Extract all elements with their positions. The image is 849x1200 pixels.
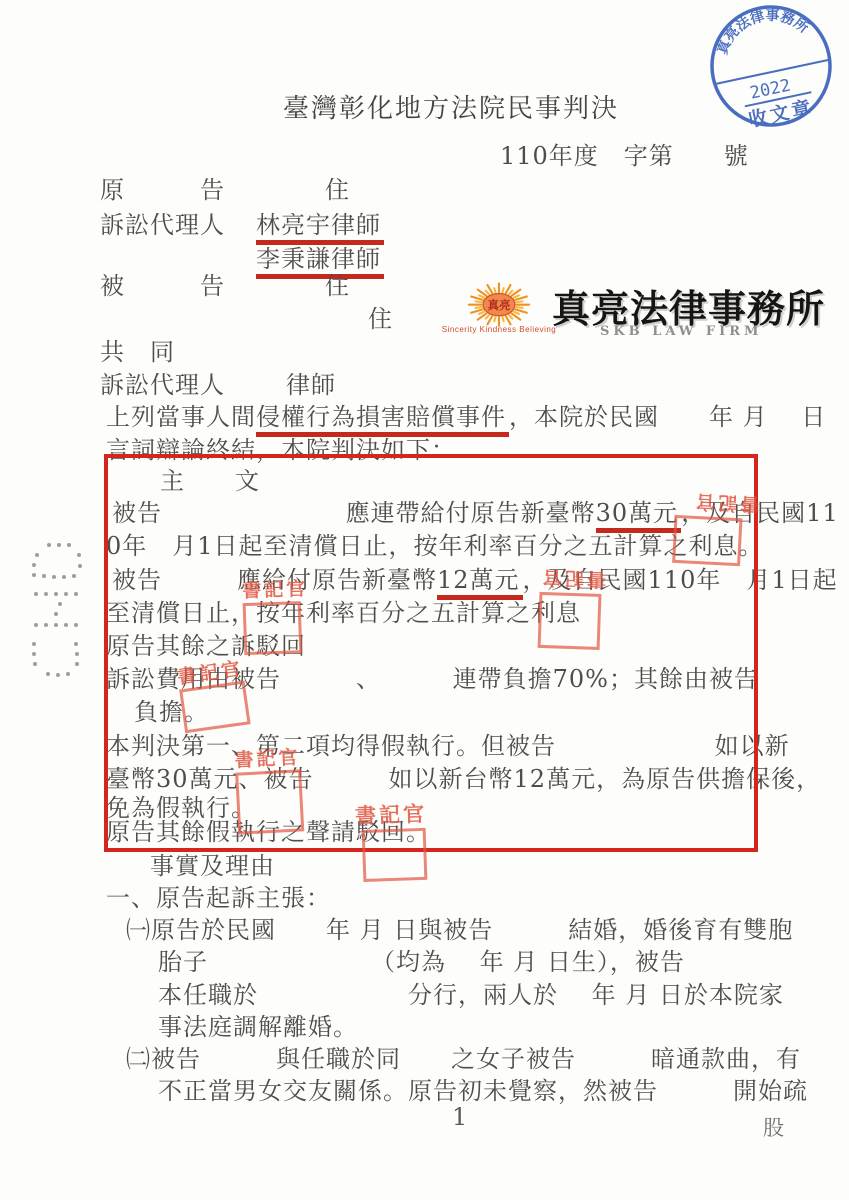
clerk-stamp: 書記官 [672, 488, 760, 567]
address-row-2: 住 [368, 304, 393, 334]
perforation-dot [74, 623, 78, 627]
agent-label-2: 訴訟代理人 [100, 370, 225, 400]
perforation-dot [32, 573, 36, 577]
facts-heading: 事實及理由 [150, 851, 275, 881]
law-firm-name-english: SKB LAW FIRM [600, 324, 762, 339]
perforation-dot [32, 652, 36, 656]
perforation-dot [47, 543, 51, 547]
clerk-stamp: 書記官 [538, 565, 607, 650]
perforation-dot [54, 612, 58, 616]
perforation-dot [52, 575, 56, 579]
receipt-stamp-year: 2022 [748, 76, 792, 104]
perforation-dot [75, 652, 79, 656]
page-number: 1 [452, 1103, 467, 1131]
clerk-stamp: 書記官 [175, 654, 250, 733]
perforation-dot [78, 564, 82, 568]
agent-label: 訴訟代理人 [100, 210, 225, 240]
case-number: 110年度 字第 號 [500, 141, 749, 171]
clerk-stamp: 書記官 [234, 742, 305, 834]
clerk-stamp: 書記官 [242, 574, 311, 655]
clerk-stamp-text: 書記官 [355, 798, 428, 830]
perforation-dot [44, 623, 48, 627]
perforation-dot [64, 592, 68, 596]
perforation-dot [44, 592, 48, 596]
perforation-dot [56, 673, 60, 677]
perforation-dot [66, 672, 70, 676]
plaintiff-row: 原 告 住 [100, 175, 350, 205]
clerk-stamp-text: 書記官 [234, 742, 301, 772]
clerk-stamp-frame [538, 592, 602, 650]
agent-2-suffix: 律師 [286, 370, 336, 400]
clerk-stamp-text: 書記官 [540, 565, 607, 594]
perforation-dot [77, 553, 81, 557]
preamble-post: ，本院於民國 年 月 日 [509, 403, 826, 431]
perforation-dot [67, 543, 71, 547]
clerk-stamp-frame [362, 828, 428, 882]
agent-name-1: 林亮宇律師 [256, 210, 384, 240]
clerk-stamp-text: 書記官 [693, 489, 760, 519]
perforation-dot [35, 553, 39, 557]
facts-i1b: 胎子 （均為 年 月 日生），被告 [158, 947, 685, 977]
document-title: 臺灣彰化地方法院民事判決 [283, 94, 619, 124]
perforation-dot [42, 574, 46, 578]
perforation-dot [34, 623, 38, 627]
case-type-underlined: 侵權行為損害賠償事件 [256, 403, 509, 437]
facts-s1: 一、原告起訴主張： [106, 883, 331, 913]
logo-motto: Sincerity Kindness Believing [440, 325, 558, 334]
perforation-dot [33, 662, 37, 666]
perforation-dot [74, 642, 78, 646]
perforation-dot [64, 623, 68, 627]
facts-i1c: 本任職於 分行，兩人於 年 月 日於本院家 [158, 980, 784, 1010]
unit-label: 股 [763, 1112, 784, 1142]
clerk-stamp-frame [235, 769, 304, 834]
facts-i1d: 事法庭調解離婚。 [158, 1012, 358, 1042]
perforation-dot [54, 623, 58, 627]
perforation-dot [32, 642, 36, 646]
facts-i1a: ㈠原告於民國 年 月 日與被告 結婚，婚後育有雙胞 [126, 915, 793, 945]
perforation-dot [57, 543, 61, 547]
clerk-stamp-text: 書記官 [242, 574, 309, 603]
clerk-stamp-frame [243, 601, 303, 655]
preamble-pre: 上列當事人間 [106, 403, 256, 431]
logo-seal-text: 真亮 [488, 298, 511, 312]
perforation-dot [72, 574, 76, 578]
perforation-dot [75, 662, 79, 666]
perforation-dot [58, 602, 62, 606]
facts-i2b: 不正當男女交友關係。原告初未覺察，然被告 開始疏 [158, 1076, 808, 1106]
clerk-stamp-frame [179, 680, 250, 733]
judgment-main-text-box [104, 454, 758, 852]
agent-name-1-underlined: 林亮宇律師 [256, 211, 384, 245]
receipt-stamp: 真亮法律事務所 2022 收文章 [695, 0, 847, 136]
preamble-line-1: 上列當事人間侵權行為損害賠償事件，本院於民國 年 月 日 [106, 402, 826, 432]
perforation-dot [46, 672, 50, 676]
law-firm-sun-logo: 真亮 [447, 271, 551, 333]
perforation-dot [74, 592, 78, 596]
perforation-dot [62, 575, 66, 579]
agent-name-2: 李秉謙律師 [256, 244, 384, 274]
court-judgment-page: 真亮法律事務所 2022 收文章 臺灣彰化地方法院民事判決 110年度 字第 號… [0, 0, 849, 1200]
joint-label: 共 同 [100, 337, 175, 367]
defendant-row: 被 告 住 [100, 271, 350, 301]
perforation-dot [32, 563, 36, 567]
perforation-dot [54, 592, 58, 596]
clerk-stamp-frame [672, 515, 742, 566]
perforation-dot [34, 592, 38, 596]
clerk-stamp: 書記官 [355, 798, 430, 882]
facts-i2a: ㈡被告 與任職於同 之女子被告 暗通款曲，有 [126, 1044, 801, 1074]
